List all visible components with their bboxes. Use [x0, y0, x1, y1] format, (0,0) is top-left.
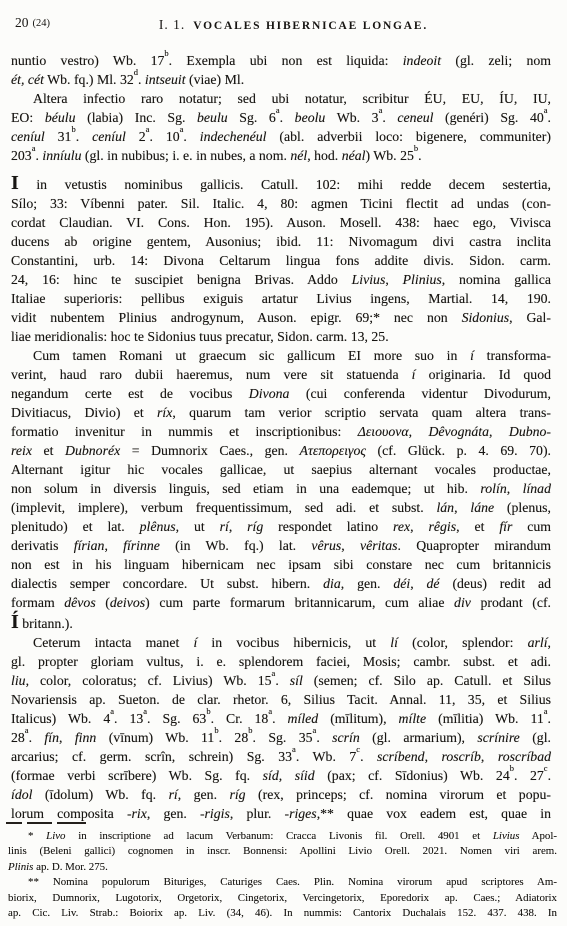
text-line: 28a. fín, finn (vīnum) Wb. 11b. 28b. Sg.…: [11, 728, 551, 747]
text-line: Altera infectio raro notatur; sed ubi no…: [11, 89, 551, 108]
text-line: Sílo; 33: Víbenni pater. Sil. Italic. 4,…: [11, 194, 551, 213]
text-line: non solum in diversis linguis, sed etiam…: [11, 479, 551, 498]
text-line: plenitudo) et lat. plênus, ut rí, ríg re…: [11, 517, 551, 536]
text-line: EO: béulu (labia) Inc. Sg. beulu Sg. 6a.…: [11, 108, 551, 127]
text-line: ét, cét Wb. fq.) Ml. 32d. intseuit (viae…: [11, 70, 551, 89]
text-line: ducens ab origine gentem, Ausonius; ibid…: [11, 232, 551, 251]
text-line: ídol (īdolum) Wb. fq. rí, gen. ríg (rex,…: [11, 785, 551, 804]
text-line: 203a. inníulu (gl. in nubibus; i. e. in …: [11, 146, 551, 165]
text-line: formatio invenitur in nummis et inscript…: [11, 422, 551, 441]
running-title-text: VOCALES HIBERNICAE LONGAE.: [193, 20, 428, 32]
text-line: Alternant igitur hic vocales gallicae, u…: [11, 460, 551, 479]
text-line: verint, haud raro dubii haeremus, num ve…: [11, 365, 551, 384]
text-line: ceníul 31b. ceníul 2a. 10a. indechenéul …: [11, 127, 551, 146]
drop-initial: Í: [11, 611, 19, 633]
text-line: Divitiacus, Divio) et ríx, quarum tam ve…: [11, 403, 551, 422]
text-line: 24, 16: hinc te suscipiet benigna Brivas…: [11, 270, 551, 289]
text-line: nuntio vestro) Wb. 17b. Exempla ubi non …: [11, 51, 551, 70]
text-line: I in vetustis nominibus gallicis. Catull…: [11, 173, 551, 194]
text-line: liu, color, coloratus; cf. Livius) Wb. 1…: [11, 671, 551, 690]
text-line: Ceterum intacta manet í in vocibus hiber…: [11, 633, 551, 652]
text-line: * Livo in inscriptione ad lacum Verbanum…: [8, 829, 557, 844]
text-line: formam dêvos (deivos) cum parte formarum…: [11, 593, 551, 612]
text-line: gl. propter gloriam vultus, i. e. splend…: [11, 652, 551, 671]
text-line: (formae verbi scrībere) Wb. Sg. fq. síd,…: [11, 766, 551, 785]
page-number: 20(24): [15, 15, 50, 31]
text-line: ** Nomina populorum Bituriges, Caturiges…: [8, 875, 557, 890]
text-line: vidit nubentem Plinius androgynum, Auson…: [11, 308, 551, 327]
text-line: ap. Cic. Liv. Strab.: Boiorix ap. Liv. (…: [8, 906, 557, 921]
text-line: cordat Claudian. VI. Cons. Hon. 195). Au…: [11, 213, 551, 232]
text-line: linis (Beleni gallici) cognomen in inscr…: [8, 844, 557, 859]
page-number-paren: (24): [33, 18, 51, 29]
page-header: 20(24) I. 1. VOCALES HIBERNICAE LONGAE.: [0, 15, 567, 37]
text-line: derivatis fírian, fírinne (in Wb. fq.) l…: [11, 536, 551, 555]
text-line: arcarius; cf. germ. scrîn, schrein) Sg. …: [11, 747, 551, 766]
running-title: I. 1. VOCALES HIBERNICAE LONGAE.: [60, 16, 527, 34]
text-line: Italiae superioris: pellibus exiguis art…: [11, 289, 551, 308]
footnote-separator: [6, 822, 86, 824]
text-line: lorum composita -rix, gen. -rigis, plur.…: [11, 804, 551, 823]
text-line: reix et Dubnoréx = Dumnorix Caes., gen. …: [11, 441, 551, 460]
text-line: Italicus) Wb. 4a. 13a. Sg. 63b. Cr. 18a.…: [11, 709, 551, 728]
running-title-section: I. 1.: [159, 17, 185, 32]
text-line: Plinis ap. D. Mor. 275.: [8, 860, 557, 875]
text-line: negandum certe est de vocibus Divona (cu…: [11, 384, 551, 403]
text-line: Í britann.).: [11, 612, 551, 633]
text-line: biorix, Dumnorix, Lugotorix, Orgetorix, …: [8, 891, 557, 906]
page-number-main: 20: [15, 15, 29, 30]
main-text: nuntio vestro) Wb. 17b. Exempla ubi non …: [11, 51, 551, 823]
text-line: non est in his linguam hibernicam nec ip…: [11, 555, 551, 574]
book-page: 20(24) I. 1. VOCALES HIBERNICAE LONGAE. …: [0, 0, 567, 926]
text-line: dialectis semper concordare. Ut subst. h…: [11, 574, 551, 593]
text-line: (implevit, implere), verbum frequentissi…: [11, 498, 551, 517]
text-line: liae meridionalis: hoc te Sidonius tuus …: [11, 327, 551, 346]
text-line: Constantini, urb. 14: Divona Celtarum li…: [11, 251, 551, 270]
text-line: Cum tamen Romani ut graecum sic gallicum…: [11, 346, 551, 365]
drop-initial: I: [11, 172, 19, 194]
footnotes: * Livo in inscriptione ad lacum Verbanum…: [8, 829, 557, 921]
text-line: Novariensis ap. Sueton. de clar. rhetor.…: [11, 690, 551, 709]
